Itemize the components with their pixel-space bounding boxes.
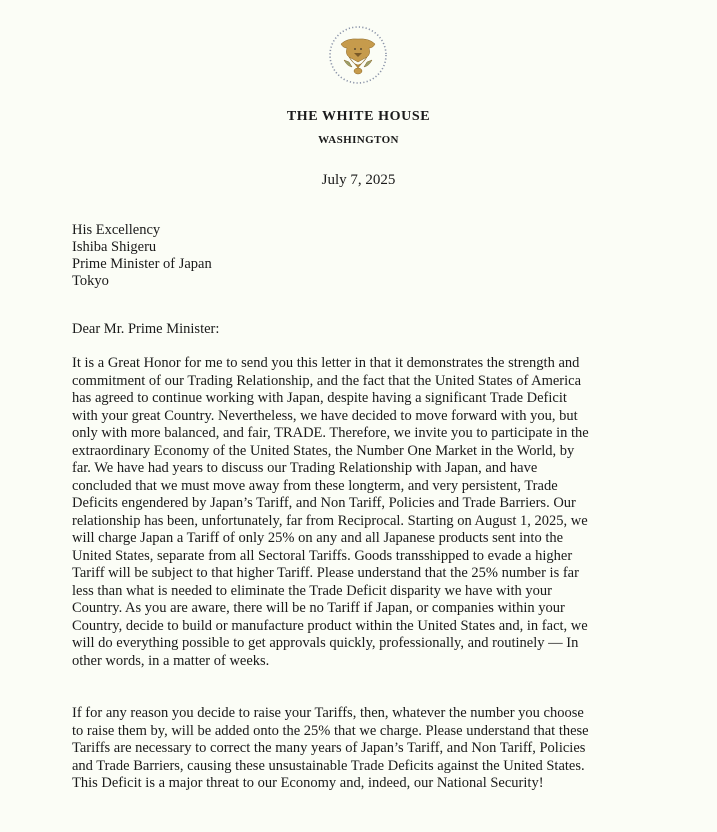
- paragraph-line: Tariffs are necessary to correct the man…: [72, 740, 589, 758]
- paragraph-line: This Deficit is a major threat to our Ec…: [72, 775, 589, 793]
- letter-date: July 7, 2025: [0, 172, 717, 189]
- paragraph-line: concluded that we must move away from th…: [72, 478, 589, 496]
- addressee-line: Tokyo: [72, 273, 212, 290]
- paragraph-line: United States, separate from all Sectora…: [72, 548, 589, 566]
- paragraph-line: with your great Country. Nevertheless, w…: [72, 408, 589, 426]
- addressee-line: His Excellency: [72, 222, 212, 239]
- letter-page: THE WHITE HOUSE WASHINGTON July 7, 2025 …: [0, 0, 717, 832]
- paragraph-line: only with more balanced, and fair, TRADE…: [72, 425, 589, 443]
- letterhead-subtitle: WASHINGTON: [0, 134, 717, 146]
- paragraph-line: to raise them by, will be added onto the…: [72, 723, 589, 741]
- salutation: Dear Mr. Prime Minister:: [72, 321, 219, 338]
- paragraph-line: It is a Great Honor for me to send you t…: [72, 355, 589, 373]
- paragraph-line: Country, decide to build or manufacture …: [72, 618, 589, 636]
- paragraph-line: Country. As you are aware, there will be…: [72, 600, 589, 618]
- paragraph-line: commitment of our Trading Relationship, …: [72, 373, 589, 391]
- paragraph-line: far. We have had years to discuss our Tr…: [72, 460, 589, 478]
- paragraph-line: and Trade Barriers, causing these unsust…: [72, 758, 589, 776]
- paragraph-line: will do everything possible to get appro…: [72, 635, 589, 653]
- paragraph-line: relationship has been, unfortunately, fa…: [72, 513, 589, 531]
- addressee-block: His Excellency Ishiba Shigeru Prime Mini…: [72, 222, 212, 290]
- body-paragraph-2: If for any reason you decide to raise yo…: [72, 705, 589, 793]
- paragraph-line: other words, in a matter of weeks.: [72, 653, 589, 671]
- addressee-line: Ishiba Shigeru: [72, 239, 212, 256]
- paragraph-line: less than what is needed to eliminate th…: [72, 583, 589, 601]
- body-paragraph-1: It is a Great Honor for me to send you t…: [72, 355, 589, 670]
- paragraph-line: will charge Japan a Tariff of only 25% o…: [72, 530, 589, 548]
- addressee-line: Prime Minister of Japan: [72, 256, 212, 273]
- presidential-seal-icon: [327, 24, 389, 86]
- paragraph-line: has agreed to continue working with Japa…: [72, 390, 589, 408]
- paragraph-line: Tariff will be subject to that higher Ta…: [72, 565, 589, 583]
- paragraph-line: If for any reason you decide to raise yo…: [72, 705, 589, 723]
- paragraph-line: Deficits engendered by Japan’s Tariff, a…: [72, 495, 589, 513]
- letterhead-title: THE WHITE HOUSE: [0, 109, 717, 125]
- paragraph-line: extraordinary Economy of the United Stat…: [72, 443, 589, 461]
